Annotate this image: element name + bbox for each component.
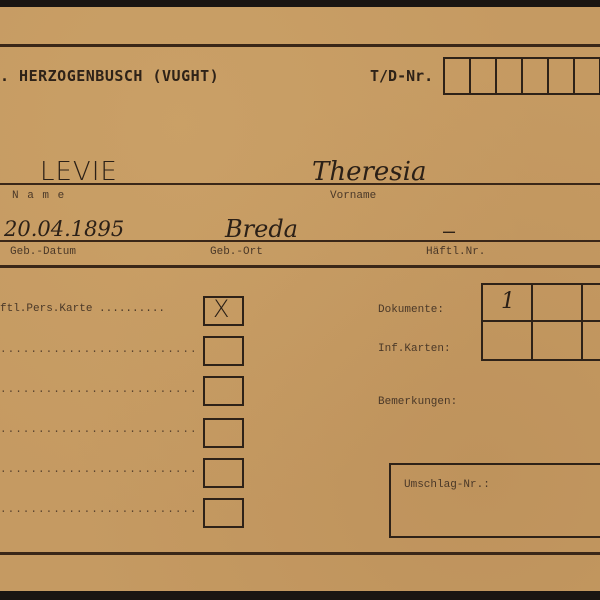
dokumente-count: 1 [501, 289, 515, 314]
documents-grid[interactable]: 1 [481, 283, 600, 361]
checkbox-4[interactable] [203, 418, 244, 448]
bemerkungen-label: Bemerkungen: [378, 396, 457, 408]
inf-karten-cell[interactable] [583, 322, 600, 359]
dokumente-cell[interactable]: 1 [483, 285, 533, 322]
td-cell[interactable] [445, 59, 471, 93]
surname-label: N a m e [12, 190, 65, 202]
td-cell[interactable] [549, 59, 575, 93]
prisoner-number-label: Häftl.Nr. [426, 246, 485, 258]
checklist-dots: .......................... [0, 504, 198, 516]
index-card: . HERZOGENBUSCH (VUGHT) T/D-Nr. LEVIE Th… [0, 7, 600, 591]
checklist-dots: .......................... [0, 344, 198, 356]
checklist-dots: .......................... [0, 424, 198, 436]
check-mark: X [213, 295, 229, 323]
checklist-dots: .......................... [0, 384, 198, 396]
td-cell[interactable] [471, 59, 497, 93]
umschlag-label: Umschlag-Nr.: [404, 479, 490, 491]
birth-date-label: Geb.-Datum [10, 246, 76, 258]
section-rule [0, 265, 600, 268]
birth-place-label: Geb.-Ort [210, 246, 263, 258]
checklist-dots: .......................... [0, 464, 198, 476]
dokumente-cell[interactable] [533, 285, 583, 322]
name-rule [0, 183, 600, 185]
td-cell[interactable] [497, 59, 523, 93]
td-cell[interactable] [523, 59, 549, 93]
checkbox-pers-karte[interactable]: X [203, 296, 244, 326]
birth-date-value: 20.04.1895 [4, 217, 124, 241]
checklist-label: ftl.Pers.Karte .......... [0, 303, 165, 315]
checkbox-5[interactable] [203, 458, 244, 488]
inf-karten-cell[interactable] [533, 322, 583, 359]
inf-karten-cell[interactable] [483, 322, 533, 359]
td-number-boxes[interactable] [443, 57, 600, 95]
checkbox-2[interactable] [203, 336, 244, 366]
inf-karten-label: Inf.Karten: [378, 343, 451, 355]
dokumente-label: Dokumente: [378, 304, 444, 316]
dokumente-cell[interactable] [583, 285, 600, 322]
checkbox-6[interactable] [203, 498, 244, 528]
bottom-rule [0, 552, 600, 555]
umschlag-box[interactable]: Umschlag-Nr.: [389, 463, 600, 538]
first-name-label: Vorname [330, 190, 376, 202]
camp-title: . HERZOGENBUSCH (VUGHT) [0, 67, 219, 85]
birth-rule [0, 240, 600, 242]
td-number-label: T/D-Nr. [370, 67, 433, 85]
checkbox-3[interactable] [203, 376, 244, 406]
td-cell[interactable] [575, 59, 600, 93]
birth-place-value: Breda [225, 215, 298, 243]
top-rule [0, 44, 600, 47]
